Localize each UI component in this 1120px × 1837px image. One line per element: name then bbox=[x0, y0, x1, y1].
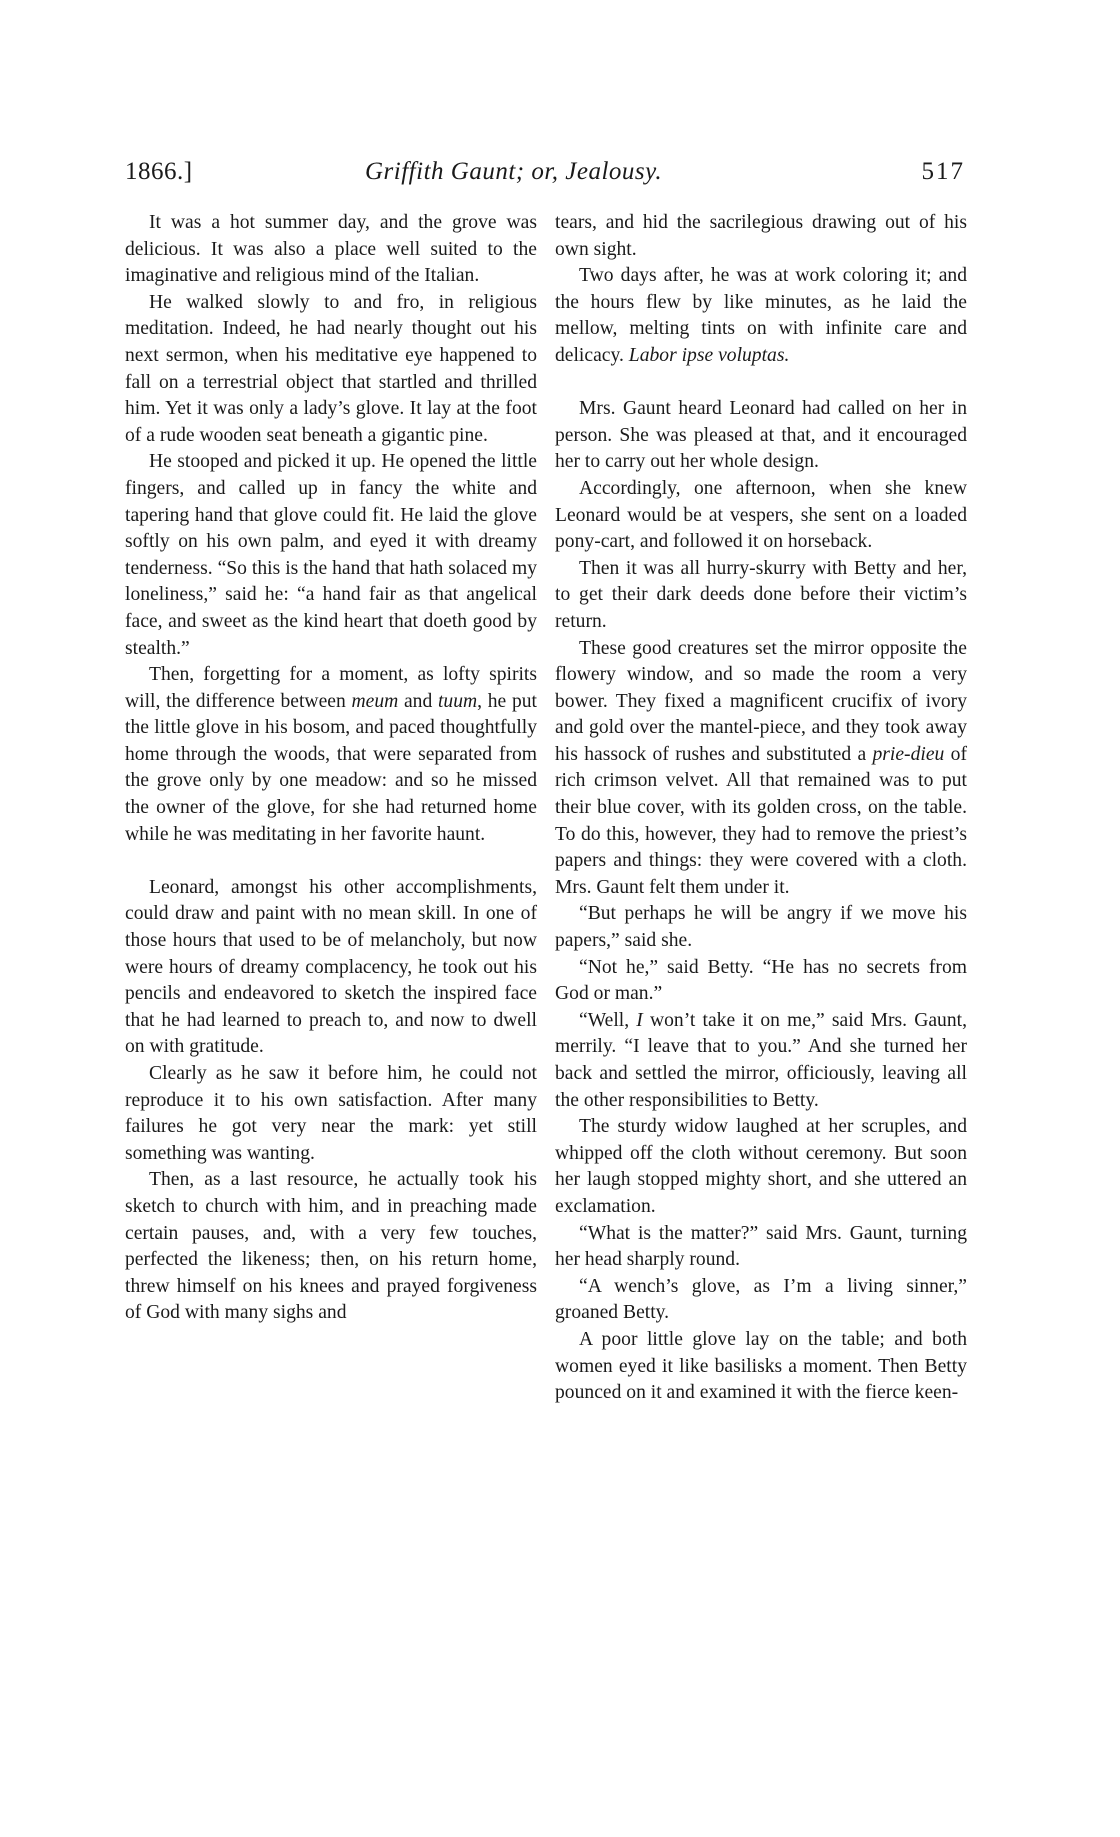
paragraph: He stooped and picked it up. He opened t… bbox=[125, 449, 537, 662]
running-head-title: Griffith Gaunt; or, Jealousy. bbox=[365, 158, 662, 186]
paragraph: Then, forgetting for a moment, as lofty … bbox=[125, 662, 537, 848]
paragraph: These good creatures set the mirror oppo… bbox=[555, 636, 967, 902]
section-break bbox=[555, 370, 967, 397]
paragraph: It was a hot summer day, and the grove w… bbox=[125, 210, 537, 290]
paragraph: “But perhaps he will be angry if we move… bbox=[555, 901, 967, 954]
text-run: and bbox=[398, 691, 438, 712]
text-run: “Well, bbox=[579, 1010, 636, 1031]
paragraph: Mrs. Gaunt heard Leonard had called on h… bbox=[555, 396, 967, 476]
paragraph: Two days after, he was at work coloring … bbox=[555, 263, 967, 369]
paragraph: tears, and hid the sacrilegious drawing … bbox=[555, 210, 967, 263]
section-break bbox=[125, 848, 537, 875]
right-column: tears, and hid the sacrilegious drawing … bbox=[555, 210, 967, 1407]
italic-phrase: Labor ipse voluptas. bbox=[629, 345, 790, 366]
running-head-year: 1866.] bbox=[125, 158, 193, 186]
text-run: , he put the little glove in his bosom, … bbox=[125, 691, 537, 845]
italic-phrase: prie-dieu bbox=[873, 744, 945, 765]
paragraph: Accordingly, one afternoon, when she kne… bbox=[555, 476, 967, 556]
paragraph: Leonard, amongst his other accomplishmen… bbox=[125, 875, 537, 1061]
paragraph: “Not he,” said Betty. “He has no secrets… bbox=[555, 955, 967, 1008]
paragraph: He walked slowly to and fro, in religiou… bbox=[125, 290, 537, 450]
paragraph: The sturdy widow laughed at her scruples… bbox=[555, 1114, 967, 1220]
paragraph: A poor little glove lay on the table; an… bbox=[555, 1327, 967, 1407]
paragraph: “Well, I won’t take it on me,” said Mrs.… bbox=[555, 1008, 967, 1114]
italic-phrase: tuum bbox=[438, 691, 477, 712]
book-page: 1866.] Griffith Gaunt; or, Jealousy. 517… bbox=[0, 0, 1120, 1837]
left-column: It was a hot summer day, and the grove w… bbox=[125, 210, 537, 1327]
paragraph: Then, as a last resource, he actually to… bbox=[125, 1167, 537, 1327]
italic-phrase: meum bbox=[351, 691, 398, 712]
paragraph: Then it was all hurry-skurry with Betty … bbox=[555, 556, 967, 636]
running-head: 1866.] Griffith Gaunt; or, Jealousy. 517 bbox=[125, 158, 965, 192]
page-number: 517 bbox=[922, 158, 966, 186]
paragraph: “A wench’s glove, as I’m a living sinner… bbox=[555, 1274, 967, 1327]
text-run: of rich crimson velvet. All that remaine… bbox=[555, 744, 967, 898]
paragraph: “What is the matter?” said Mrs. Gaunt, t… bbox=[555, 1221, 967, 1274]
paragraph: Clearly as he saw it before him, he coul… bbox=[125, 1061, 537, 1167]
